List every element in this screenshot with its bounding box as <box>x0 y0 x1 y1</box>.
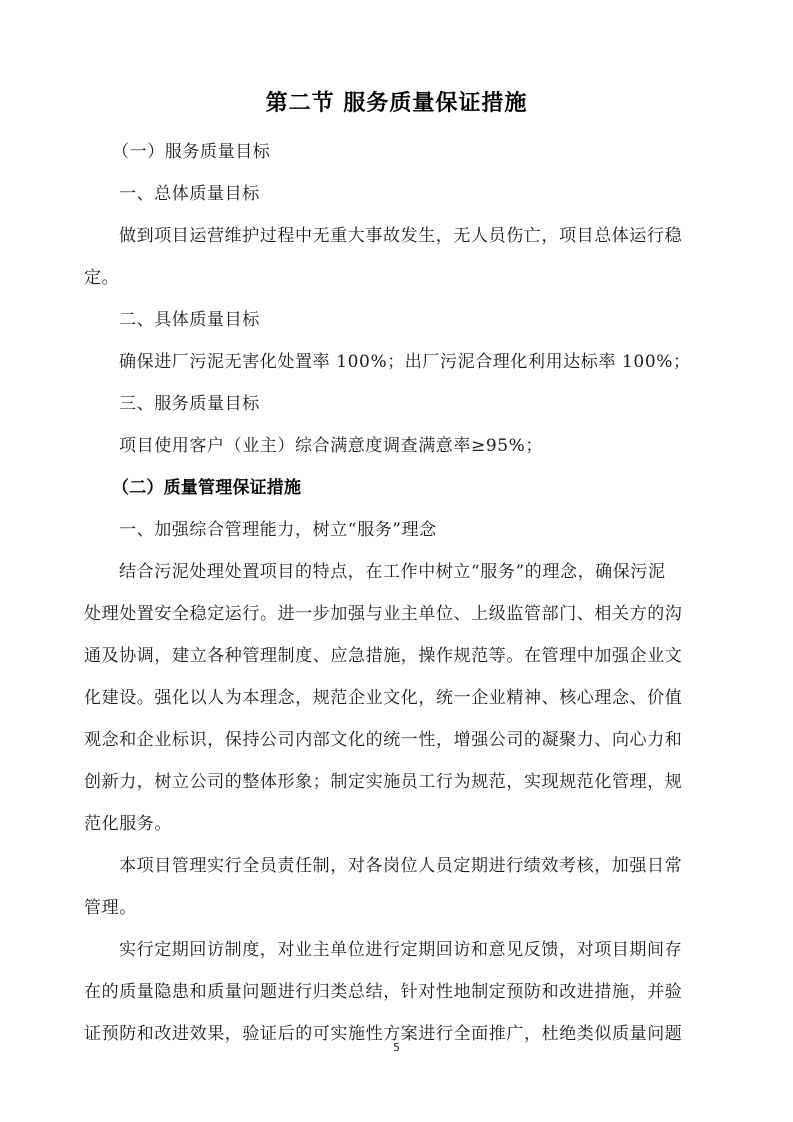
subheading-quality-management: （二）质量管理保证措施 <box>84 467 710 509</box>
paragraph-line: 在的质量隐患和质量问题进行归类总结，针对性地制定预防和改进措施，并验 <box>84 971 710 1013</box>
paragraph-line: 化建设。强化以人为本理念，规范企业文化，统一企业精神、核心理念、价值 <box>84 677 710 719</box>
paragraph-line: 创新力，树立公司的整体形象；制定实施员工行为规范，实现规范化管理，规 <box>84 761 710 803</box>
heading-overall-goal: 一、总体质量目标 <box>84 173 710 215</box>
document-page: 第二节 服务质量保证措施 （一）服务质量目标 一、总体质量目标 做到项目运营维护… <box>0 0 793 1122</box>
paragraph-line: 管理。 <box>84 887 710 929</box>
heading-strengthen-management: 一、加强综合管理能力，树立“服务”理念 <box>84 509 710 551</box>
body-text: （一）服务质量目标 一、总体质量目标 做到项目运营维护过程中无重大事故发生，无人… <box>84 131 710 1055</box>
heading-specific-goal: 二、具体质量目标 <box>84 299 710 341</box>
section-title: 第二节 服务质量保证措施 <box>0 86 793 117</box>
paragraph-line: 范化服务。 <box>84 803 710 845</box>
paragraph-line: 确保进厂污泥无害化处置率 100%；出厂污泥合理化利用达标率 100%； <box>84 341 710 383</box>
paragraph-line: 实行定期回访制度，对业主单位进行定期回访和意见反馈，对项目期间存 <box>84 929 710 971</box>
heading-service-goal: 三、服务质量目标 <box>84 383 710 425</box>
paragraph-line: 观念和企业标识，保持公司内部文化的统一性，增强公司的凝聚力、向心力和 <box>84 719 710 761</box>
paragraph-line: 结合污泥处理处置项目的特点，在工作中树立“服务”的理念，确保污泥 <box>84 551 710 593</box>
paragraph-line: 做到项目运营维护过程中无重大事故发生，无人员伤亡，项目总体运行稳 <box>84 215 710 257</box>
paragraph-line: 处理处置安全稳定运行。进一步加强与业主单位、上级监管部门、相关方的沟 <box>84 593 710 635</box>
page-number: 5 <box>0 1041 793 1054</box>
paragraph-line: 本项目管理实行全员责任制，对各岗位人员定期进行绩效考核，加强日常 <box>84 845 710 887</box>
paragraph-line: 项目使用客户（业主）综合满意度调查满意率≥95%； <box>84 425 710 467</box>
subheading-service-quality-goals: （一）服务质量目标 <box>84 131 710 173</box>
paragraph-line: 定。 <box>84 257 710 299</box>
paragraph-line: 通及协调，建立各种管理制度、应急措施，操作规范等。在管理中加强企业文 <box>84 635 710 677</box>
